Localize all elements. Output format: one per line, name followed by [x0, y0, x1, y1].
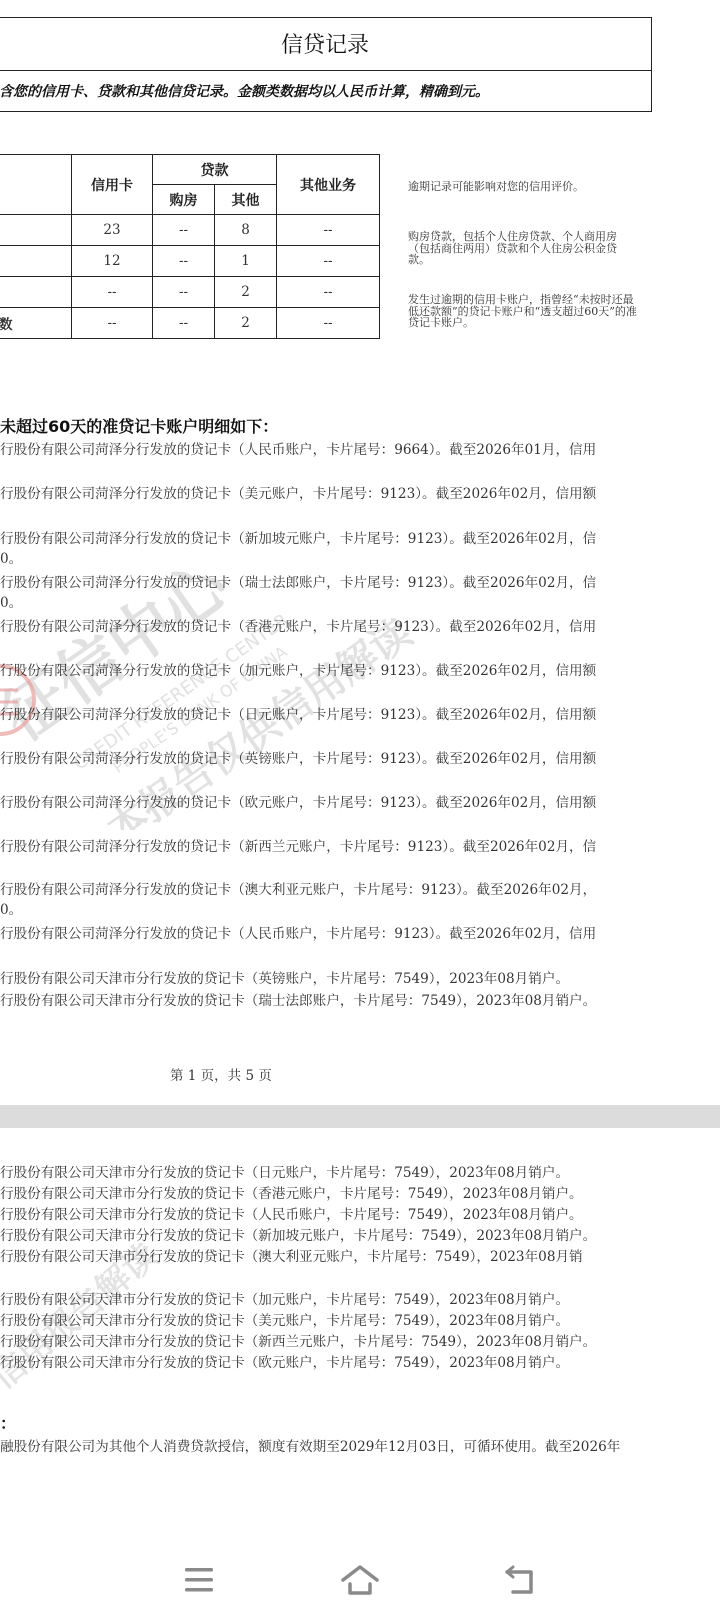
list-item: 行股份有限公司天津市分行发放的贷记卡（美元账户，卡片尾号：7549），2023年… — [0, 1309, 569, 1329]
page-separator — [0, 1105, 720, 1128]
row-label — [0, 215, 72, 246]
list-item: 行股份有限公司天津市分行发放的贷记卡（日元账户，卡片尾号：7549），2023年… — [0, 1161, 569, 1181]
list-item: 行股份有限公司菏泽分行发放的贷记卡（人民币账户，卡片尾号：9664）。截至202… — [0, 438, 596, 458]
header-credit-card: 信用卡 — [72, 155, 153, 215]
cell-other-business: -- — [277, 246, 380, 277]
header-other-business: 其他业务 — [277, 155, 380, 215]
list-item: 行股份有限公司天津市分行发放的贷记卡（英镑账户，卡片尾号：7549），2023年… — [0, 967, 569, 987]
header-housing: 购房 — [153, 185, 215, 215]
list-item: 行股份有限公司菏泽分行发放的贷记卡（加元账户，卡片尾号：9123）。截至2026… — [0, 659, 596, 679]
list-item: 行股份有限公司菏泽分行发放的贷记卡（英镑账户，卡片尾号：9123）。截至2026… — [0, 747, 596, 767]
row-label: 数 — [0, 308, 72, 339]
cell-housing: -- — [153, 246, 215, 277]
cell-credit-card: -- — [72, 277, 153, 308]
list-item: 行股份有限公司菏泽分行发放的贷记卡（美元账户，卡片尾号：9123）。截至2026… — [0, 482, 596, 502]
cell-other-business: -- — [277, 215, 380, 246]
back-button[interactable] — [498, 1558, 542, 1602]
list-item: 行股份有限公司天津市分行发放的贷记卡（澳大利亚元账户，卡片尾号：7549），20… — [0, 1245, 583, 1265]
table-row: 12 -- 1 -- — [0, 246, 380, 277]
system-navigation-bar — [0, 1548, 720, 1612]
list-item: 行股份有限公司天津市分行发放的贷记卡（新西兰元账户，卡片尾号：7549），202… — [0, 1330, 596, 1350]
list-item: 行股份有限公司菏泽分行发放的贷记卡（澳大利亚元账户，卡片尾号：9123）。截至2… — [0, 878, 596, 898]
list-item: 行股份有限公司天津市分行发放的贷记卡（香港元账户，卡片尾号：7549），2023… — [0, 1182, 583, 1202]
cell-credit-card: 23 — [72, 215, 153, 246]
report-page-2: 信用报告解读 行股份有限公司天津市分行发放的贷记卡（日元账户，卡片尾号：7549… — [0, 1128, 720, 1548]
menu-icon — [183, 1565, 215, 1595]
table-row: 23 -- 8 -- — [0, 215, 380, 246]
header-loan-other: 其他 — [215, 185, 277, 215]
back-icon — [503, 1564, 537, 1596]
cell-other-business: -- — [277, 277, 380, 308]
header-loan: 贷款 — [153, 155, 277, 185]
list-item: 行股份有限公司菏泽分行发放的贷记卡（新西兰元账户，卡片尾号：9123）。截至20… — [0, 835, 596, 855]
list-item: 行股份有限公司菏泽分行发放的贷记卡（欧元账户，卡片尾号：9123）。截至2026… — [0, 791, 596, 811]
section-title-box: 信贷记录 含您的信用卡、贷款和其他信贷记录。金额类数据均以人民币计算，精确到元。 — [0, 17, 652, 112]
page-title: 信贷记录 — [0, 18, 651, 71]
cell-loan-other: 8 — [215, 215, 277, 246]
list-item: 0。 — [0, 898, 22, 918]
cell-housing: -- — [153, 215, 215, 246]
list-item: 行股份有限公司天津市分行发放的贷记卡（人民币账户，卡片尾号：7549），2023… — [0, 1203, 583, 1223]
cell-loan-other: 2 — [215, 277, 277, 308]
list-item: 行股份有限公司菏泽分行发放的贷记卡（新加坡元账户，卡片尾号：9123）。截至20… — [0, 527, 596, 547]
section-heading: 未超过60天的准贷记卡账户明细如下： — [0, 414, 278, 437]
section-heading: ： — [0, 1411, 16, 1434]
list-item: 行股份有限公司天津市分行发放的贷记卡（瑞士法郎账户，卡片尾号：7549），202… — [0, 989, 596, 1009]
cell-loan-other: 1 — [215, 246, 277, 277]
cell-housing: -- — [153, 277, 215, 308]
list-item: 行股份有限公司菏泽分行发放的贷记卡（日元账户，卡片尾号：9123）。截至2026… — [0, 703, 596, 723]
row-label — [0, 246, 72, 277]
cell-loan-other: 2 — [215, 308, 277, 339]
cell-credit-card: -- — [72, 308, 153, 339]
list-item: 行股份有限公司菏泽分行发放的贷记卡（香港元账户，卡片尾号：9123）。截至202… — [0, 615, 596, 635]
list-item: 0。 — [0, 591, 22, 611]
menu-button[interactable] — [177, 1558, 221, 1602]
cell-housing: -- — [153, 308, 215, 339]
note-overdue-card: 发生过逾期的信用卡账户，指曾经“未按时还最低还款额”的贷记卡账户和“透支超过60… — [408, 294, 638, 329]
list-item: 行股份有限公司天津市分行发放的贷记卡（加元账户，卡片尾号：7549），2023年… — [0, 1288, 569, 1308]
table-row: -- -- 2 -- — [0, 277, 380, 308]
row-label-header — [0, 155, 72, 215]
list-item: 行股份有限公司菏泽分行发放的贷记卡（人民币账户，卡片尾号：9123）。截至202… — [0, 922, 596, 942]
cell-other-business: -- — [277, 308, 380, 339]
home-button[interactable] — [338, 1558, 382, 1602]
home-icon — [340, 1564, 380, 1596]
note-overdue-impact: 逾期记录可能影响对您的信用评价。 — [408, 181, 638, 193]
list-item: 行股份有限公司天津市分行发放的贷记卡（新加坡元账户，卡片尾号：7549），202… — [0, 1224, 596, 1244]
watermark-seal-icon: 征信中心 CREDIT REFERENCE CENTER PEOPLE'S BA… — [0, 470, 420, 830]
table-row: 数 -- -- 2 -- — [0, 308, 380, 339]
section-subtitle: 含您的信用卡、贷款和其他信贷记录。金额类数据均以人民币计算，精确到元。 — [0, 71, 651, 113]
list-item: 0。 — [0, 547, 22, 567]
row-label — [0, 277, 72, 308]
list-item: 融股份有限公司为其他个人消费贷款授信，额度有效期至2029年12月03日，可循环… — [0, 1435, 620, 1455]
cell-credit-card: 12 — [72, 246, 153, 277]
report-page-1: 信贷记录 含您的信用卡、贷款和其他信贷记录。金额类数据均以人民币计算，精确到元。… — [0, 0, 720, 1105]
summary-table: 信用卡 贷款 其他业务 购房 其他 23 -- 8 -- 12 -- 1 -- … — [0, 154, 380, 339]
page-number: 第 1 页，共 5 页 — [170, 1064, 272, 1084]
note-housing-loan: 购房贷款，包括个人住房贷款、个人商用房（包括商住两用）贷款和个人住房公积金贷款。 — [408, 231, 638, 266]
list-item: 行股份有限公司菏泽分行发放的贷记卡（瑞士法郎账户，卡片尾号：9123）。截至20… — [0, 571, 596, 591]
list-item: 行股份有限公司天津市分行发放的贷记卡（欧元账户，卡片尾号：7549），2023年… — [0, 1351, 569, 1371]
